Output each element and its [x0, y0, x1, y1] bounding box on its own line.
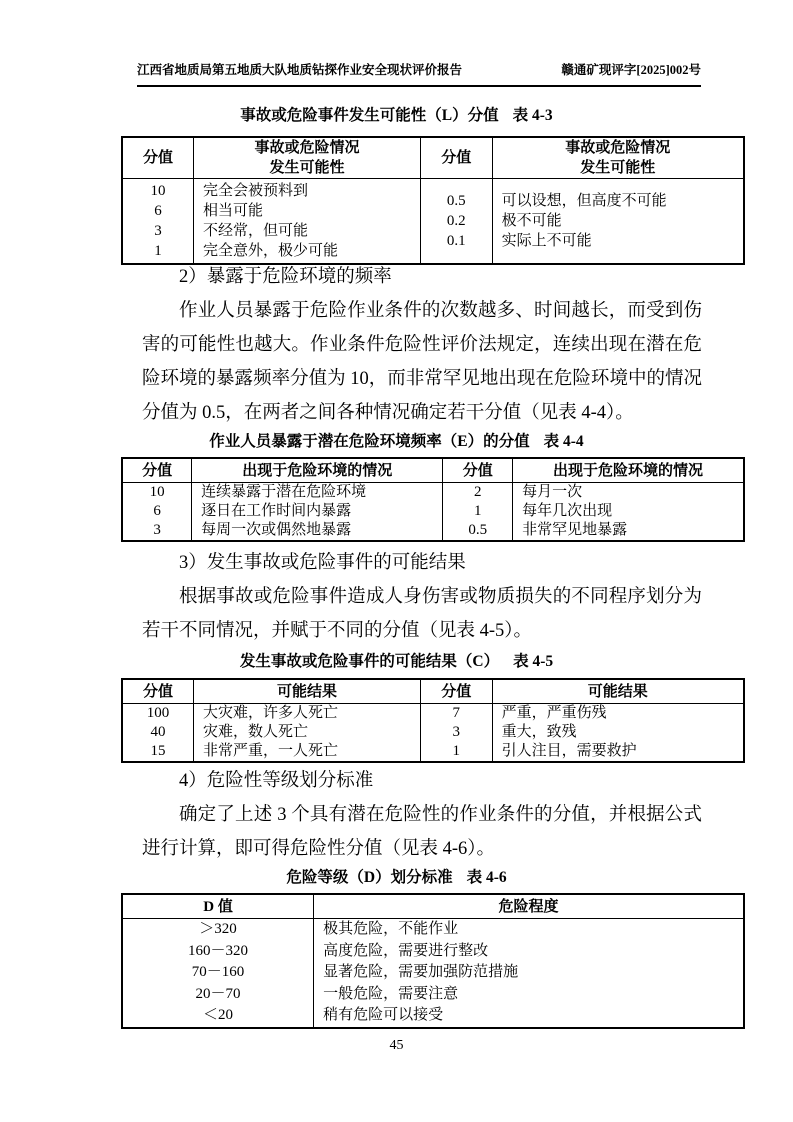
table-4-4: 分值 出现于危险环境的情况 分值 出现于危险环境的情况 10 连续暴露于潜在危险…: [121, 457, 745, 542]
table-4-6-title-text: 危险等级（D）划分标准: [286, 869, 452, 886]
header-cell-score: 分值: [443, 458, 513, 483]
desc-value: 非常严重，一人死亡: [194, 742, 421, 762]
score-value: 10: [123, 181, 193, 201]
score-cell: 10 6 3 1: [122, 179, 194, 265]
table-4-5-tag: 表 4-5: [513, 653, 553, 670]
header-cell-score: 分值: [421, 679, 493, 704]
header-desc-line1: 事故或危险情况: [493, 138, 743, 158]
score-value: 6: [123, 201, 193, 221]
score-value: 1: [421, 742, 493, 762]
table-4-4-title: 作业人员暴露于潜在危险环境频率（E）的分值表 4-4: [0, 432, 793, 452]
score-value: 100: [122, 704, 194, 724]
table-4-3-title: 事故或危险事件发生可能性（L）分值表 4-3: [0, 106, 793, 126]
score-value: 0.5: [443, 521, 513, 541]
desc-value: 每月一次: [513, 483, 744, 503]
header-desc-line2: 发生可能性: [194, 158, 420, 178]
table-4-5-title-text: 发生事故或危险事件的可能结果（C）: [240, 653, 499, 670]
score-value: 7: [421, 704, 493, 724]
score-value: 1: [443, 502, 513, 521]
score-value: 3: [123, 221, 193, 241]
degree-value: 高度危险，需要进行整改: [314, 941, 744, 963]
header-cell-desc: 出现于危险环境的情况: [513, 458, 744, 483]
section-3-heading: 3）发生事故或危险事件的可能结果: [142, 546, 702, 580]
d-value: 70－160: [122, 962, 314, 984]
score-value: 3: [122, 521, 192, 541]
table-4-6: D 值 危险程度 ＞320 极其危险，不能作业 160－320 高度危险，需要进…: [121, 893, 745, 1029]
table-row: 3 每周一次或偶然地暴露 0.5 非常罕见地暴露: [122, 521, 744, 541]
table-4-5-header-row: 分值 可能结果 分值 可能结果: [122, 679, 744, 704]
page-number: 45: [0, 1038, 793, 1054]
table-4-5: 分值 可能结果 分值 可能结果 100 大灾难，许多人死亡 7 严重，严重伤残 …: [121, 678, 745, 763]
table-row: 6 逐日在工作时间内暴露 1 每年几次出现: [122, 502, 744, 521]
header-cell-desc: 出现于危险环境的情况: [192, 458, 443, 483]
table-4-3-body-row: 10 6 3 1 完全会被预料到 相当可能 不经常，但可能 完全意外，极少可能 …: [122, 179, 744, 265]
header-desc-line1: 事故或危险情况: [194, 138, 420, 158]
header-cell-score: 分值: [122, 137, 194, 179]
table-row: 20－70 一般危险，需要注意: [122, 984, 744, 1006]
desc-value: 极不可能: [502, 211, 743, 231]
desc-value: 非常罕见地暴露: [513, 521, 744, 541]
table-4-5-title: 发生事故或危险事件的可能结果（C）表 4-5: [0, 652, 793, 672]
score-value: 3: [421, 723, 493, 742]
desc-value: 连续暴露于潜在危险环境: [192, 483, 443, 503]
table-4-6-title: 危险等级（D）划分标准表 4-6: [0, 868, 793, 888]
table-4-4-header-row: 分值 出现于危险环境的情况 分值 出现于危险环境的情况: [122, 458, 744, 483]
desc-value: 灾难，数人死亡: [194, 723, 421, 742]
table-row: 160－320 高度危险，需要进行整改: [122, 941, 744, 963]
d-value: ＜20: [122, 1005, 314, 1028]
section-2-paragraph: 2）暴露于危险环境的频率 作业人员暴露于危险作业条件的次数越多、时间越长，而受到…: [142, 260, 702, 430]
score-value: 10: [122, 483, 192, 503]
score-value: 15: [122, 742, 194, 762]
score-value: 1: [123, 241, 193, 261]
score-value: 0.2: [421, 211, 492, 231]
desc-value: 每年几次出现: [513, 502, 744, 521]
desc-value: 严重，严重伤残: [492, 704, 744, 724]
table-4-4-title-text: 作业人员暴露于潜在危险环境频率（E）的分值: [209, 433, 529, 450]
header-cell-score: 分值: [122, 458, 192, 483]
desc-value: 不经常，但可能: [203, 221, 420, 241]
desc-value: 完全意外，极少可能: [203, 241, 420, 261]
header-doc-number: 赣通矿现评字[2025]002号: [561, 60, 701, 78]
header-cell-desc: 事故或危险情况 发生可能性: [492, 137, 744, 179]
table-4-6-tag: 表 4-6: [467, 869, 507, 886]
d-value: 160－320: [122, 941, 314, 963]
table-row: 100 大灾难，许多人死亡 7 严重，严重伤残: [122, 704, 744, 724]
table-4-3-header-row: 分值 事故或危险情况 发生可能性 分值 事故或危险情况 发生可能性: [122, 137, 744, 179]
header-cell-desc: 可能结果: [492, 679, 744, 704]
desc-value: 每周一次或偶然地暴露: [192, 521, 443, 541]
score-value: 6: [122, 502, 192, 521]
section-2-body: 作业人员暴露于危险作业条件的次数越多、时间越长，而受到伤害的可能性也越大。作业条…: [142, 294, 702, 430]
table-row: ＜20 稍有危险可以接受: [122, 1005, 744, 1028]
table-row: 70－160 显著危险，需要加强防范措施: [122, 962, 744, 984]
section-4-paragraph: 4）危险性等级划分标准 确定了上述 3 个具有潜在危险性的作业条件的分值，并根据…: [142, 764, 702, 866]
header-desc-line2: 发生可能性: [493, 158, 743, 178]
desc-value: 可以设想，但高度不可能: [502, 191, 743, 211]
table-row: 10 连续暴露于潜在危险环境 2 每月一次: [122, 483, 744, 503]
page-header: 江西省地质局第五地质大队地质钻探作业安全现状评价报告 赣通矿现评字[2025]0…: [137, 60, 701, 87]
degree-value: 显著危险，需要加强防范措施: [314, 962, 744, 984]
section-4-heading: 4）危险性等级划分标准: [142, 764, 702, 798]
score-cell: 0.5 0.2 0.1: [421, 179, 493, 265]
table-4-6-header-row: D 值 危险程度: [122, 894, 744, 919]
desc-value: 完全会被预料到: [203, 181, 420, 201]
section-3-body: 根据事故或危险事件造成人身伤害或物质损失的不同程序划分为若干不同情况，并赋于不同…: [142, 580, 702, 648]
score-value: 40: [122, 723, 194, 742]
header-cell-d-value: D 值: [122, 894, 314, 919]
table-row: 15 非常严重，一人死亡 1 引人注目，需要救护: [122, 742, 744, 762]
degree-value: 一般危险，需要注意: [314, 984, 744, 1006]
d-value: ＞320: [122, 919, 314, 941]
table-4-4-tag: 表 4-4: [544, 433, 584, 450]
table-4-3: 分值 事故或危险情况 发生可能性 分值 事故或危险情况 发生可能性 10 6 3…: [121, 136, 745, 265]
table-row: ＞320 极其危险，不能作业: [122, 919, 744, 941]
header-cell-desc: 可能结果: [194, 679, 421, 704]
header-cell-degree: 危险程度: [314, 894, 744, 919]
degree-value: 稍有危险可以接受: [314, 1005, 744, 1028]
score-value: 2: [443, 483, 513, 503]
header-cell-desc: 事故或危险情况 发生可能性: [194, 137, 421, 179]
section-3-paragraph: 3）发生事故或危险事件的可能结果 根据事故或危险事件造成人身伤害或物质损失的不同…: [142, 546, 702, 648]
header-cell-score: 分值: [122, 679, 194, 704]
section-4-body: 确定了上述 3 个具有潜在危险性的作业条件的分值，并根据公式进行计算，即可得危险…: [142, 798, 702, 866]
d-value: 20－70: [122, 984, 314, 1006]
section-2-heading: 2）暴露于危险环境的频率: [142, 260, 702, 294]
desc-value: 大灾难，许多人死亡: [194, 704, 421, 724]
desc-value: 重大，致残: [492, 723, 744, 742]
header-report-title: 江西省地质局第五地质大队地质钻探作业安全现状评价报告: [137, 60, 462, 78]
desc-cell: 完全会被预料到 相当可能 不经常，但可能 完全意外，极少可能: [194, 179, 421, 265]
document-page: 江西省地质局第五地质大队地质钻探作业安全现状评价报告 赣通矿现评字[2025]0…: [0, 0, 793, 1122]
table-row: 40 灾难，数人死亡 3 重大，致残: [122, 723, 744, 742]
score-value: 0.5: [421, 191, 492, 211]
table-4-3-title-text: 事故或危险事件发生可能性（L）分值: [240, 107, 498, 124]
desc-cell: 可以设想，但高度不可能 极不可能 实际上不可能: [492, 179, 744, 265]
table-4-3-tag: 表 4-3: [513, 107, 553, 124]
desc-value: 相当可能: [203, 201, 420, 221]
desc-value: 实际上不可能: [502, 231, 743, 251]
desc-value: 引人注目，需要救护: [492, 742, 744, 762]
score-value: 0.1: [421, 231, 492, 251]
header-cell-score: 分值: [421, 137, 493, 179]
desc-value: 逐日在工作时间内暴露: [192, 502, 443, 521]
degree-value: 极其危险，不能作业: [314, 919, 744, 941]
